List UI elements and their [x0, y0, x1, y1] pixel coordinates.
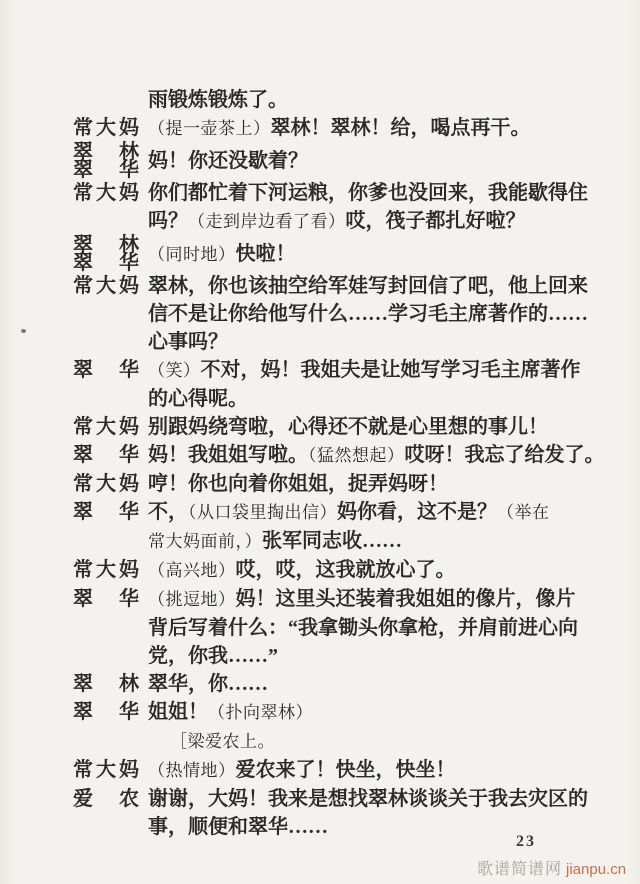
- spoken-text: 妈！你还没歇着？: [148, 150, 308, 172]
- speaker-names: 翠林翠华: [73, 143, 139, 179]
- speaker-name: 爱农: [73, 785, 139, 813]
- stage-direction: （挑逗地）: [148, 590, 236, 609]
- script-entry: 常大妈（提一壶茶上）翠林！翠林！给，喝点再干。: [73, 114, 578, 143]
- script-entry: 翠华（挑逗地）妈！这里头还装着我姐姐的像片，像片背后写着什么：“我拿锄头你拿枪，…: [73, 585, 578, 670]
- dialogue: 妈！你还没歇着？: [148, 147, 578, 175]
- dialogue-line: 背后写着什么：“我拿锄头你拿枪，并肩前进心向: [148, 614, 578, 642]
- speaker-names: 常大妈: [73, 179, 139, 207]
- dialogue: 哼！你也向着你姐姐，捉弄妈呀！: [148, 470, 578, 498]
- spoken-text: 吗？: [148, 210, 188, 232]
- dialogue: ［梁爱农上。: [170, 727, 578, 756]
- speaker-name: 常大妈: [73, 272, 139, 300]
- dialogue-line: 谢谢，大妈！我来是想找翠林谈谈关于我去灾区的: [148, 785, 588, 813]
- spoken-text: 别跟妈绕弯啦，心得还不就是心里想的事儿！: [148, 416, 548, 438]
- spoken-text: 不，: [148, 501, 188, 523]
- spoken-text: 妈！这里头还装着我姐姐的像片，像片: [236, 588, 576, 610]
- script-entry: 常大妈别跟妈绕弯啦，心得还不就是心里想的事儿！: [73, 413, 578, 441]
- spoken-text: 姐姐！: [148, 701, 208, 723]
- spoken-text: 哼！你也向着你姐姐，捉弄妈呀！: [148, 473, 448, 495]
- speaker-names: 常大妈: [73, 272, 139, 300]
- dialogue: （挑逗地）妈！这里头还装着我姐姐的像片，像片背后写着什么：“我拿锄头你拿枪，并肩…: [148, 585, 578, 670]
- speaker-name: 翠华: [73, 585, 139, 613]
- dialogue: 姐姐！（扑向翠林）: [148, 698, 578, 727]
- spoken-text: 的心得呢。: [148, 388, 248, 410]
- speaker-name: 翠华: [73, 254, 139, 272]
- spoken-text: 不对，妈！我姐夫是让她写学习毛主席著作: [201, 359, 581, 381]
- script-entry: 常大妈（高兴地）哎，哎，这我就放心了。: [73, 556, 578, 585]
- dialogue: 翠林，你也该抽空给军娃写封回信了吧，他上回来信不是让你给他写什么……学习毛主席著…: [148, 272, 588, 356]
- watermark-site-name: 歌谱简谱网: [477, 861, 562, 878]
- stage-direction: （笑）: [148, 361, 201, 380]
- dialogue-line: 哼！你也向着你姐姐，捉弄妈呀！: [148, 470, 578, 498]
- script-entry: 常大妈哼！你也向着你姐姐，捉弄妈呀！: [73, 470, 578, 498]
- dialogue-line: 心事吗？: [148, 328, 588, 356]
- script-entry: 常大妈你们都忙着下河运粮，你爹也没回来，我能歇得住吗？（走到岸边看了看）哎，筏子…: [73, 179, 578, 236]
- spoken-text: 党，你我……”: [148, 645, 278, 667]
- speaker-name: 常大妈: [73, 413, 139, 441]
- spoken-text: 心事吗？: [148, 331, 228, 353]
- dialogue-line: （挑逗地）妈！这里头还装着我姐姐的像片，像片: [148, 585, 578, 614]
- spoken-text: 雨锻炼锻炼了。: [148, 89, 288, 111]
- dialogue: 你们都忙着下河运粮，你爹也没回来，我能歇得住吗？（走到岸边看了看）哎，筏子都扎好…: [148, 179, 588, 236]
- script-entry: 爱农谢谢，大妈！我来是想找翠林谈谈关于我去灾区的事，顺便和翠华……: [73, 785, 578, 841]
- stage-direction: （高兴地）: [148, 561, 236, 580]
- dialogue-line: 翠华，你……: [148, 670, 578, 698]
- script-entry: 翠林翠华，你……: [73, 670, 578, 698]
- spoken-text: 你们都忙着下河运粮，你爹也没回来，我能歇得住: [148, 182, 588, 204]
- dialogue-line: （热情地）爱农来了！快坐，快坐！: [148, 756, 578, 785]
- speaker-names: 翠林翠华: [73, 236, 139, 272]
- spoken-text: 哎，哎，这我就放心了。: [236, 559, 456, 581]
- speaker-name: 常大妈: [73, 470, 139, 498]
- speaker-names: 翠林: [73, 670, 139, 698]
- speaker-name: 常大妈: [73, 556, 139, 584]
- dialogue-line: 你们都忙着下河运粮，你爹也没回来，我能歇得住: [148, 179, 588, 207]
- dialogue-line: 常大妈面前，）张军同志收……: [148, 527, 578, 556]
- speaker-names: 爱农: [73, 785, 139, 813]
- dialogue: （热情地）爱农来了！快坐，快坐！: [148, 756, 578, 785]
- dialogue-line: 党，你我……”: [148, 642, 578, 670]
- stage-direction: （提一壶茶上）: [148, 119, 271, 138]
- dialogue-line: 雨锻炼锻炼了。: [148, 86, 578, 114]
- dialogue-line: （同时地）快啦！: [148, 240, 578, 269]
- speaker-names: 翠华: [73, 698, 139, 726]
- dialogue-line: ［梁爱农上。: [170, 727, 578, 756]
- spoken-text: 背后写着什么：“我拿锄头你拿枪，并肩前进心向: [148, 617, 578, 639]
- stage-direction: （扑向翠林）: [208, 703, 313, 722]
- dialogue: 雨锻炼锻炼了。: [148, 86, 578, 114]
- speaker-name: 翠华: [73, 498, 139, 526]
- watermark-site-url: jianpu.cn: [566, 861, 626, 878]
- spoken-text: 妈你看，这不是？: [337, 501, 497, 523]
- speaker-names: 常大妈: [73, 413, 139, 441]
- speaker-name: 翠华: [73, 441, 139, 469]
- speaker-name: 翠华: [73, 161, 139, 179]
- dialogue-line: （高兴地）哎，哎，这我就放心了。: [148, 556, 578, 585]
- dialogue: （高兴地）哎，哎，这我就放心了。: [148, 556, 578, 585]
- scanned-script-page: 雨锻炼锻炼了。常大妈（提一壶茶上）翠林！翠林！给，喝点再干。翠林翠华妈！你还没歇…: [0, 0, 640, 884]
- spoken-text: 翠林，你也该抽空给军娃写封回信了吧，他上回来: [148, 275, 588, 297]
- watermark: 歌谱简谱网jianpu.cn: [477, 856, 626, 879]
- stage-direction: （举在: [497, 503, 550, 522]
- speaker-name: 常大妈: [73, 114, 139, 142]
- dialogue: （同时地）快啦！: [148, 240, 578, 269]
- ink-speck: [21, 329, 26, 333]
- spoken-text: 妈！我姐姐写啦。: [148, 444, 308, 466]
- speaker-names: 常大妈: [73, 756, 139, 784]
- script-entry: 翠华姐姐！（扑向翠林）: [73, 698, 578, 727]
- dialogue-line: 不，（从口袋里掏出信）妈你看，这不是？（举在: [148, 498, 578, 527]
- dialogue: 翠华，你……: [148, 670, 578, 698]
- script-entry: 常大妈（热情地）爱农来了！快坐，快坐！: [73, 756, 578, 785]
- spoken-text: 信不是让你给他写什么……学习毛主席著作的……: [148, 303, 588, 325]
- page-number: 23: [516, 833, 536, 851]
- speaker-names: 常大妈: [73, 556, 139, 584]
- spoken-text: 哎呀！我忘了给发了。: [405, 444, 605, 466]
- script-entry: 雨锻炼锻炼了。: [73, 86, 578, 114]
- dialogue: （笑）不对，妈！我姐夫是让她写学习毛主席著作的心得呢。: [148, 356, 581, 413]
- speaker-name: 常大妈: [73, 756, 139, 784]
- speaker-names: 常大妈: [73, 470, 139, 498]
- stage-direction: （走到岸边看了看）: [188, 212, 346, 231]
- speaker-name: 翠华: [73, 698, 139, 726]
- dialogue-line: （笑）不对，妈！我姐夫是让她写学习毛主席著作: [148, 356, 581, 385]
- script-entry: 常大妈翠林，你也该抽空给军娃写封回信了吧，他上回来信不是让你给他写什么……学习毛…: [73, 272, 578, 356]
- script-entry: 翠华不，（从口袋里掏出信）妈你看，这不是？（举在常大妈面前，）张军同志收……: [73, 498, 578, 556]
- script-entry: 翠林翠华（同时地）快啦！: [73, 236, 578, 272]
- dialogue-line: 信不是让你给他写什么……学习毛主席著作的……: [148, 300, 588, 328]
- speaker-name: 翠林: [73, 670, 139, 698]
- speaker-names: 翠华: [73, 498, 139, 526]
- spoken-text: 哎，筏子都扎好啦？: [346, 210, 526, 232]
- stage-direction: （猛然想起）: [308, 446, 405, 465]
- dialogue: 别跟妈绕弯啦，心得还不就是心里想的事儿！: [148, 413, 578, 441]
- speaker-names: 翠华: [73, 441, 139, 469]
- dialogue: （提一壶茶上）翠林！翠林！给，喝点再干。: [148, 114, 578, 143]
- speaker-names: 翠华: [73, 356, 139, 384]
- dialogue-line: 的心得呢。: [148, 385, 581, 413]
- speaker-names: 翠华: [73, 585, 139, 613]
- script-entry: 翠林翠华妈！你还没歇着？: [73, 143, 578, 179]
- script-body: 雨锻炼锻炼了。常大妈（提一壶茶上）翠林！翠林！给，喝点再干。翠林翠华妈！你还没歇…: [73, 86, 578, 841]
- speaker-names: 常大妈: [73, 114, 139, 142]
- stage-direction: （同时地）: [148, 245, 236, 264]
- spoken-text: 事，顺便和翠华……: [148, 816, 328, 838]
- spoken-text: 爱农来了！快坐，快坐！: [236, 759, 456, 781]
- stage-direction: （热情地）: [148, 761, 236, 780]
- spoken-text: 张军同志收……: [262, 530, 402, 552]
- dialogue-line: 妈！你还没歇着？: [148, 147, 578, 175]
- dialogue-line: （提一壶茶上）翠林！翠林！给，喝点再干。: [148, 114, 578, 143]
- speaker-name: 翠华: [73, 356, 139, 384]
- spoken-text: 谢谢，大妈！我来是想找翠林谈谈关于我去灾区的: [148, 788, 588, 810]
- stage-direction: ［梁爱农上。: [170, 732, 275, 751]
- stage-direction: （从口袋里掏出信）: [188, 503, 337, 522]
- spoken-text: 翠华，你……: [148, 673, 268, 695]
- dialogue-line: 别跟妈绕弯啦，心得还不就是心里想的事儿！: [148, 413, 578, 441]
- dialogue-line: 吗？（走到岸边看了看）哎，筏子都扎好啦？: [148, 207, 588, 236]
- script-entry: 翠华（笑）不对，妈！我姐夫是让她写学习毛主席著作的心得呢。: [73, 356, 578, 413]
- script-entry: 翠华妈！我姐姐写啦。（猛然想起）哎呀！我忘了给发了。: [73, 441, 578, 470]
- spoken-text: 翠林！翠林！给，喝点再干。: [271, 117, 531, 139]
- speaker-name: 常大妈: [73, 179, 139, 207]
- dialogue-line: 妈！我姐姐写啦。（猛然想起）哎呀！我忘了给发了。: [148, 441, 605, 470]
- dialogue: 妈！我姐姐写啦。（猛然想起）哎呀！我忘了给发了。: [148, 441, 605, 470]
- dialogue: 不，（从口袋里掏出信）妈你看，这不是？（举在常大妈面前，）张军同志收……: [148, 498, 578, 556]
- script-entry: ［梁爱农上。: [73, 727, 578, 756]
- dialogue-line: 翠林，你也该抽空给军娃写封回信了吧，他上回来: [148, 272, 588, 300]
- spoken-text: 快啦！: [236, 243, 296, 265]
- stage-direction: 常大妈面前，）: [148, 532, 262, 551]
- dialogue-line: 姐姐！（扑向翠林）: [148, 698, 578, 727]
